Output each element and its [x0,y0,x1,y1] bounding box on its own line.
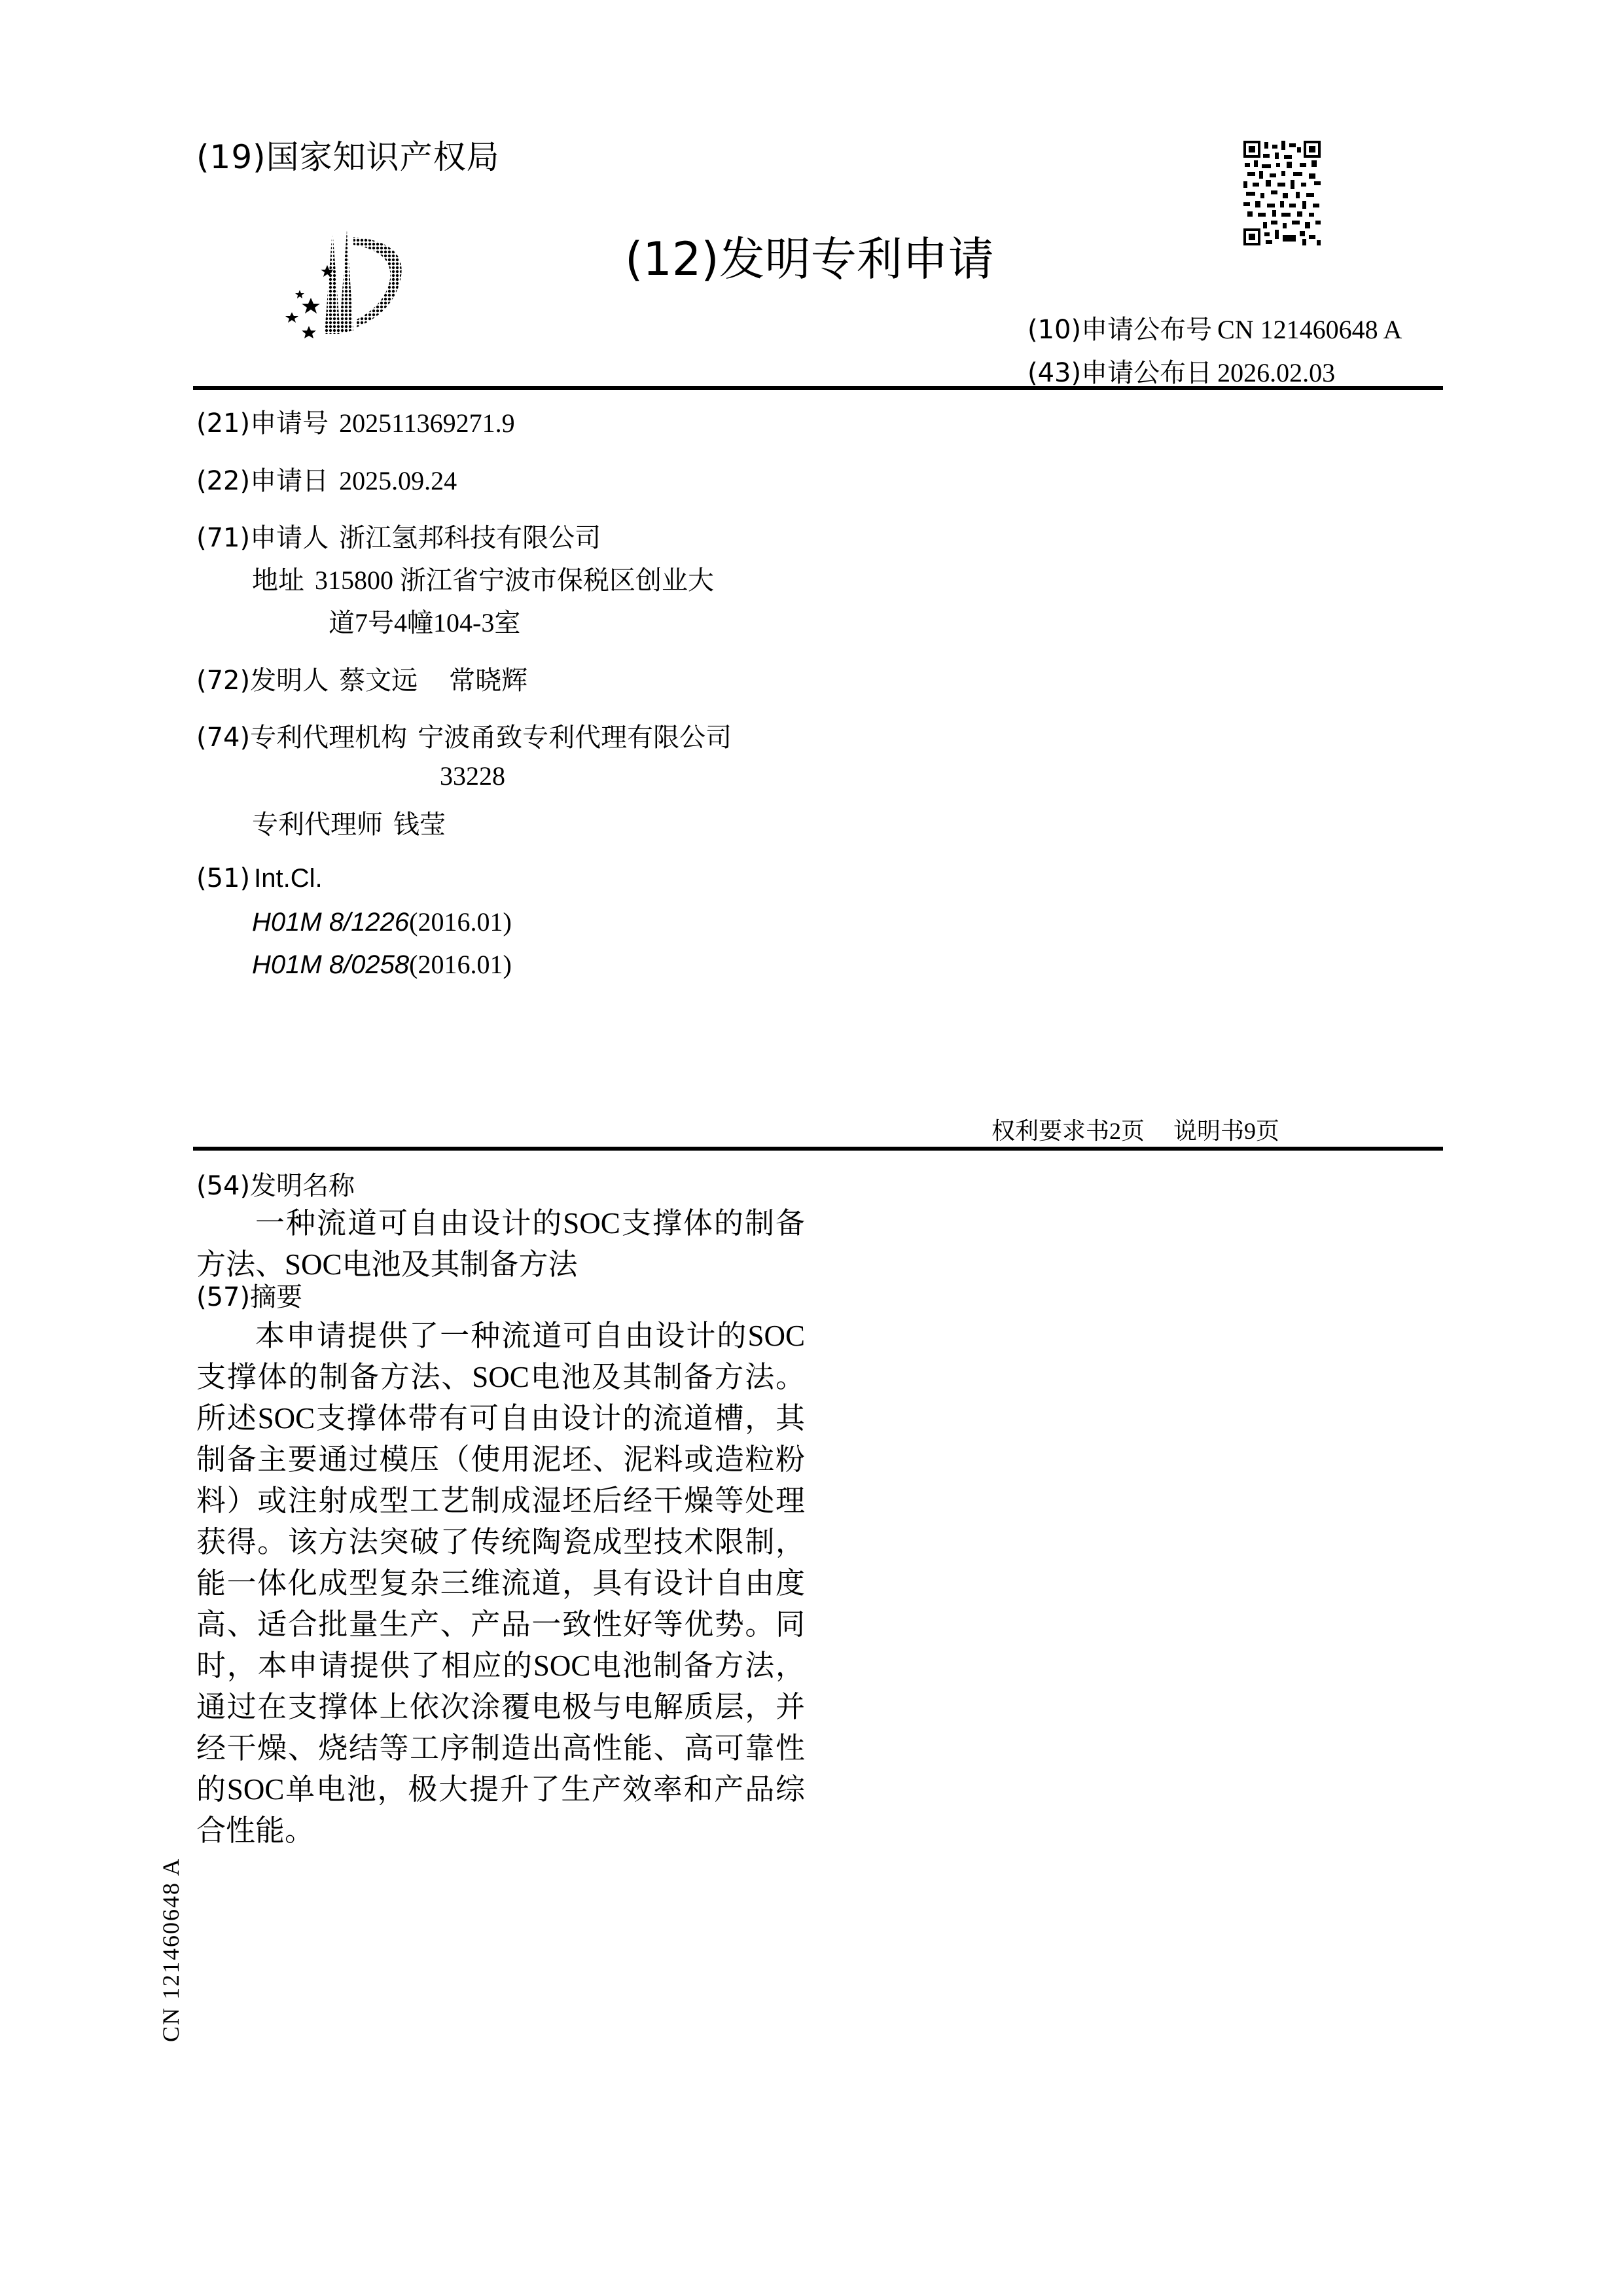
header-divider [193,386,1443,390]
applicant-value: 浙江氢邦科技有限公司 [339,523,601,552]
int-cl: (51)Int.Cl. [196,863,323,893]
filing-date-label: 申请日 [250,466,329,496]
ipc-version: (2016.01) [409,907,512,937]
publication-number-value: CN 121460648 A [1217,315,1402,344]
side-publication-number: CN 121460648 A [157,1857,185,2042]
inventors: (72)发明人蔡文远常晓辉 [196,660,527,697]
applicant-code: (71) [196,523,250,553]
office-code: (19) [196,138,266,176]
application-number: (21)申请号202511369271.9 [196,403,515,440]
int-cl-label: Int.Cl. [254,864,322,893]
title-section-heading: (54)发明名称 [196,1165,355,1202]
inventors-label: 发明人 [250,666,329,696]
cnipa-logo-icon [262,223,425,340]
ipc-version: (2016.01) [409,950,512,979]
claims-page-count: 权利要求书2页 [991,1118,1145,1144]
application-number-code: (21) [196,408,250,439]
office-heading: (19)国家知识产权局 [196,131,500,178]
page-counts: 权利要求书2页说明书9页 [991,1113,1279,1146]
applicant: (71)申请人浙江氢邦科技有限公司 [196,517,601,554]
application-number-label: 申请号 [250,408,329,439]
invention-title: 一种流道可自由设计的SOC支撑体的制备方法、SOC电池及其制备方法 [196,1203,805,1285]
abstract-text: 本申请提供了一种流道可自由设计的SOC支撑体的制备方法、SOC电池及其制备方法。… [196,1316,805,1852]
abstract-heading: (57)摘要 [196,1276,302,1314]
agent-label: 专利代理师 [252,810,383,840]
address-continued: 道7号4幢104-3室 [329,602,520,639]
ipc-class: H01M 8/0258 [252,950,409,979]
office-name: 国家知识产权局 [266,138,500,176]
ipc-entry: H01M 8/0258(2016.01) [252,949,512,980]
agency-code-value: 33228 [440,761,505,791]
inventors-code: (72) [196,666,250,696]
agency-code-number: 33228 [440,761,505,791]
address-value-line1: 315800 浙江省宁波市保税区创业大 [315,565,714,595]
publication-date-value: 2026.02.03 [1217,358,1335,387]
doc-type: 发明专利申请 [719,232,994,286]
filing-date-value: 2025.09.24 [339,466,457,495]
patent-agent: 专利代理师钱莹 [252,804,446,841]
address: 地址315800 浙江省宁波市保税区创业大 [252,560,714,597]
application-number-value: 202511369271.9 [339,408,515,438]
section-divider [193,1147,1443,1151]
publication-number-label: 申请公布号 [1081,315,1212,345]
patent-agency: (74)专利代理机构宁波甬致专利代理有限公司 [196,717,732,754]
filing-date: (22)申请日2025.09.24 [196,460,457,497]
int-cl-code: (51) [196,863,250,893]
title-section-code: (54) [196,1171,250,1201]
doc-type-code: (12) [625,232,719,286]
document-type-heading: (12)发明专利申请 [625,223,994,289]
inventor-name: 蔡文远 [339,666,418,695]
agency-value: 宁波甬致专利代理有限公司 [418,723,732,752]
publication-number: (10)申请公布号CN 121460648 A [1027,309,1402,346]
qr-code-icon [1243,141,1321,245]
publication-date: (43)申请公布日2026.02.03 [1027,352,1335,389]
description-page-count: 说明书9页 [1173,1118,1279,1144]
inventor-name: 常晓辉 [449,666,527,695]
publication-date-label: 申请公布日 [1081,358,1212,388]
agency-code: (74) [196,723,250,753]
address-value-line2: 道7号4幢104-3室 [329,608,520,637]
address-label: 地址 [252,565,304,596]
applicant-label: 申请人 [250,523,329,553]
abstract-code: (57) [196,1282,250,1312]
title-section-label: 发明名称 [250,1171,355,1201]
ipc-class: H01M 8/1226 [252,908,409,937]
filing-date-code: (22) [196,466,250,496]
ipc-entry: H01M 8/1226(2016.01) [252,906,512,937]
agency-label: 专利代理机构 [250,723,407,753]
publication-number-code: (10) [1027,315,1081,345]
abstract-label: 摘要 [250,1282,302,1312]
publication-date-code: (43) [1027,358,1081,388]
agent-value: 钱莹 [393,810,446,839]
